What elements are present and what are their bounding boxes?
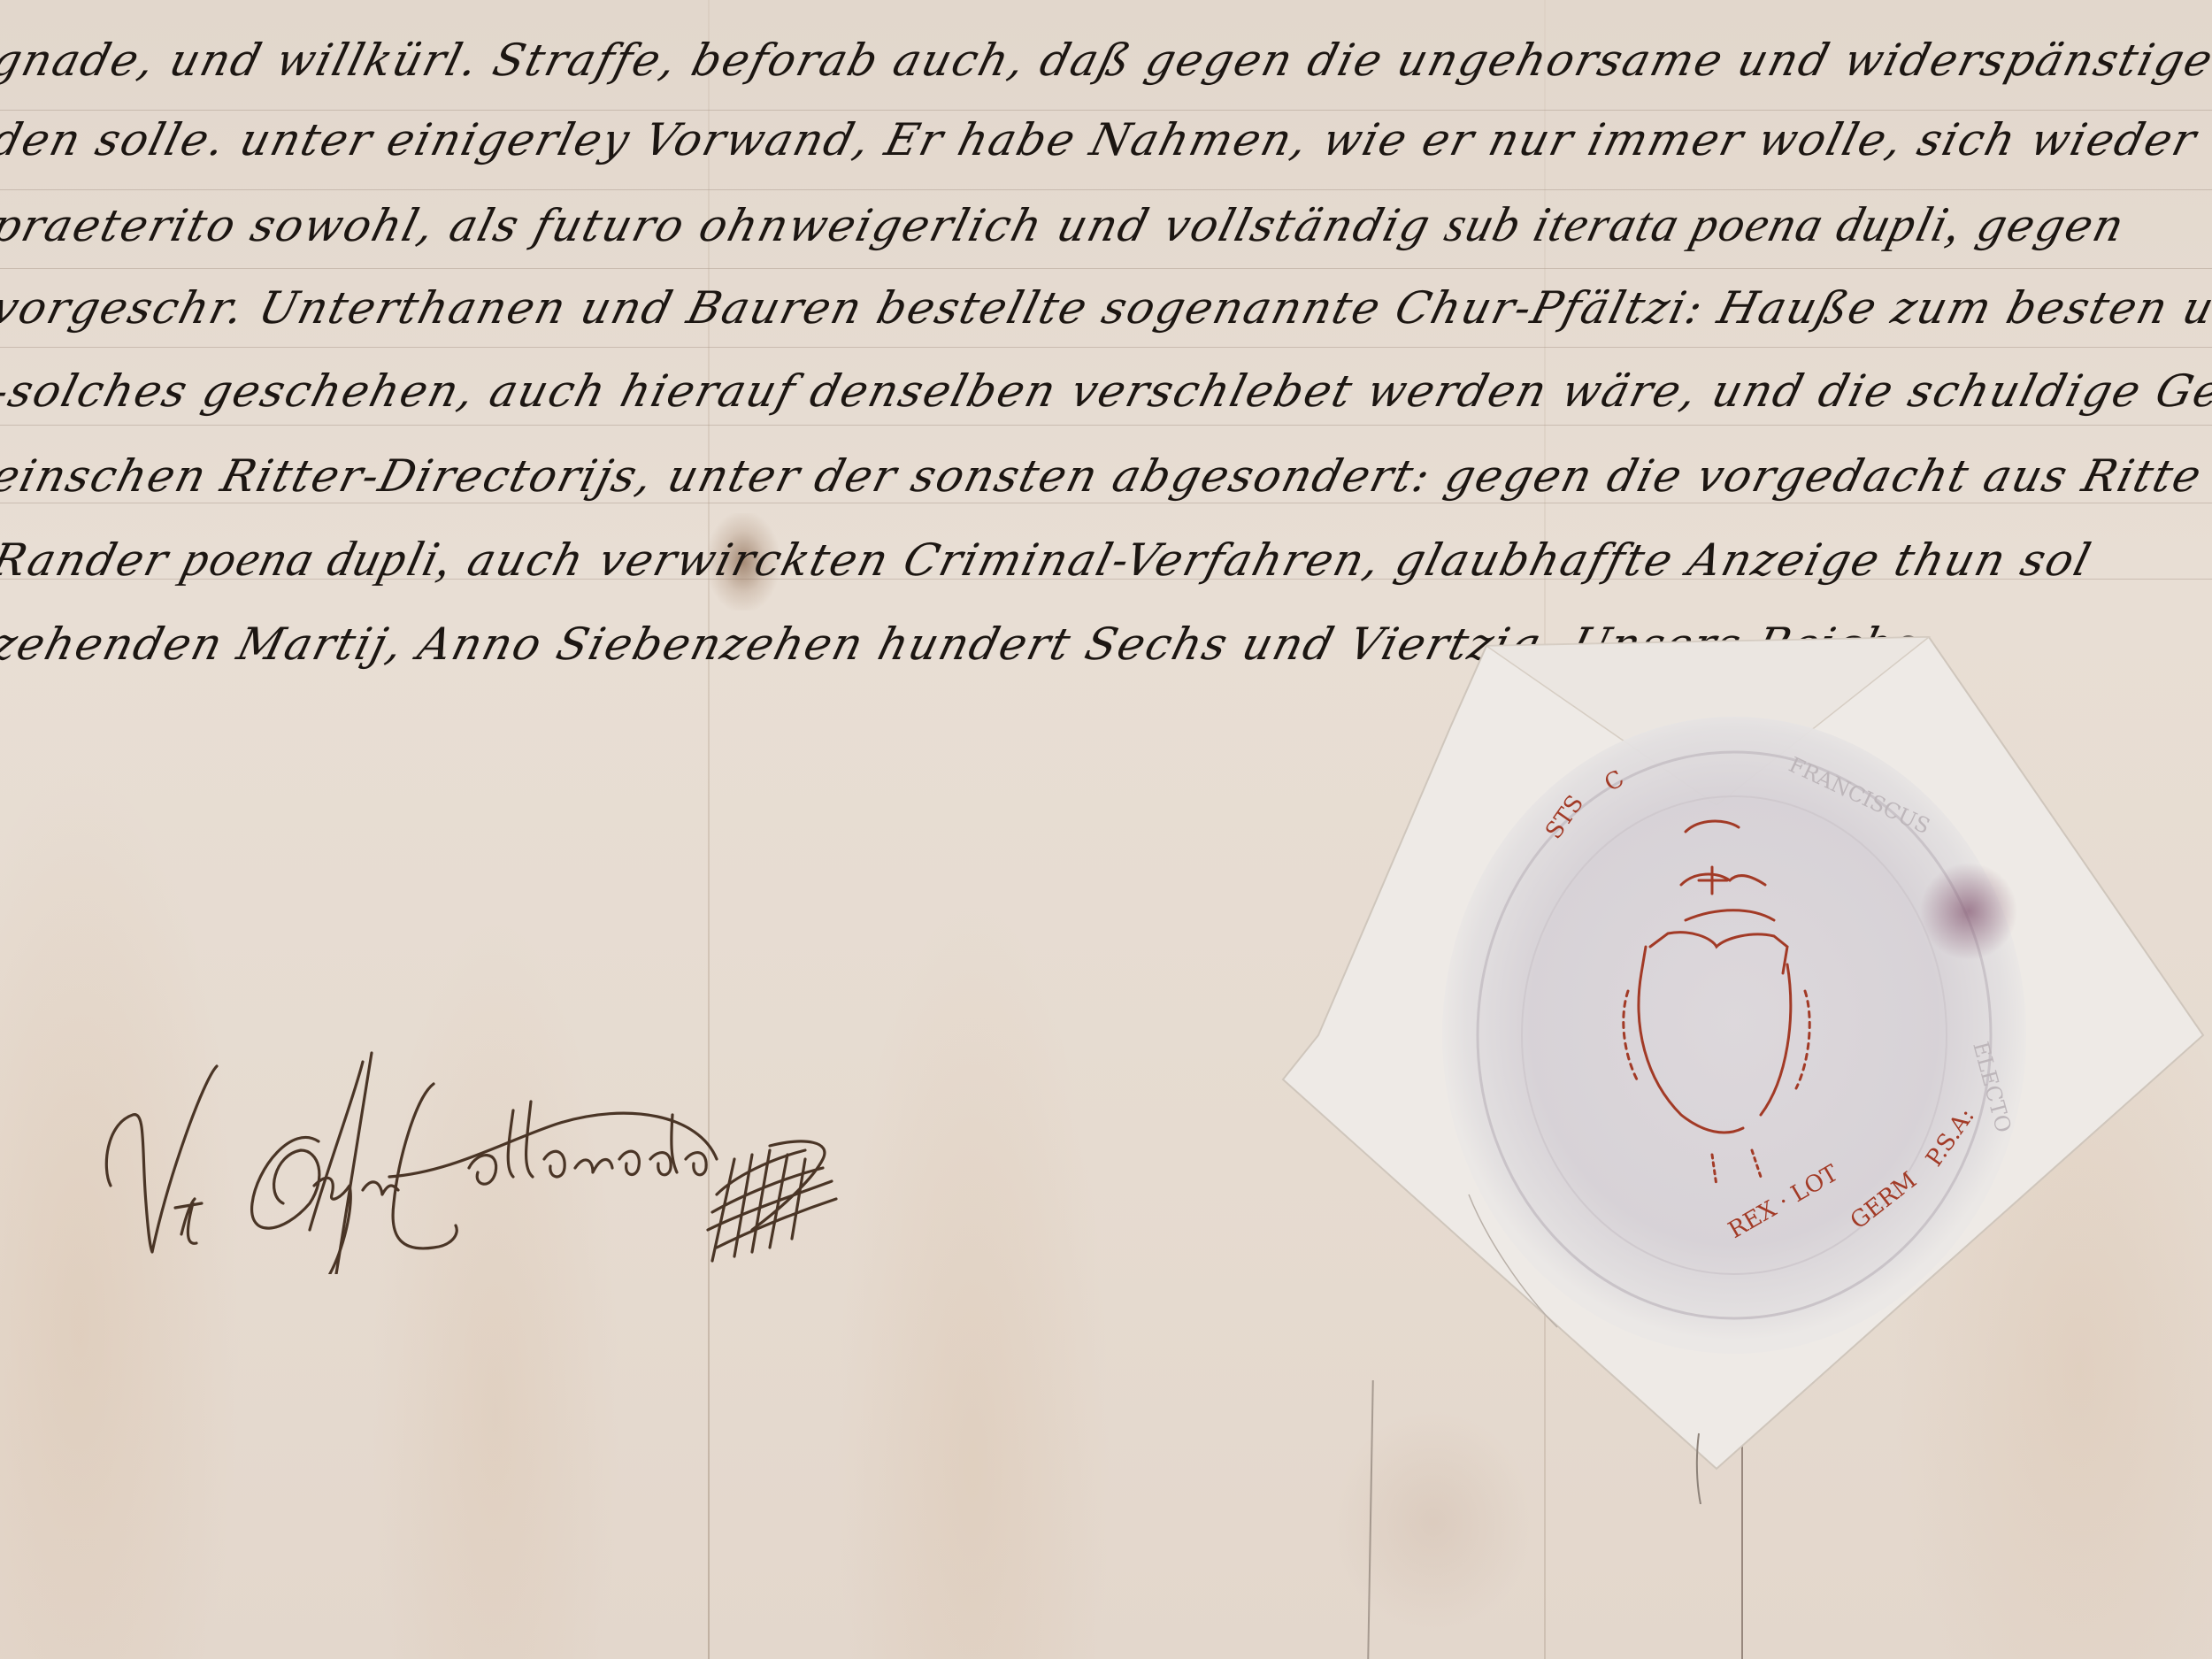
latin-phrase: poena dupli, bbox=[177, 532, 459, 587]
manuscript-line: den solle. unter einigerley Vorwand, Er … bbox=[0, 97, 2212, 182]
manuscript-line: Rander poena dupli, auch verwirckten Cri… bbox=[0, 517, 2212, 602]
seal-paper-icon: STS C REX · LOT GERM P.S.A: FRANCISCUS E… bbox=[1186, 619, 2212, 1504]
manuscript-line: -solches geschehen, auch hierauf denselb… bbox=[0, 349, 2212, 434]
manuscript-line: gnade, und willkürl. Straffe, beforab au… bbox=[0, 18, 2212, 103]
wafer-seal: STS C REX · LOT GERM P.S.A: FRANCISCUS E… bbox=[1186, 619, 2212, 1504]
signature: Vt Graf Colloredo bbox=[97, 1026, 947, 1274]
manuscript-body: gnade, und willkürl. Straffe, beforab au… bbox=[0, 18, 2212, 697]
manuscript-line: einschen Ritter-Directorijs, unter der s… bbox=[0, 434, 2212, 518]
manuscript-line: praeterito sowohl, als futuro ohnweigerl… bbox=[0, 182, 2212, 267]
latin-phrase: sub iterata poena dupli, bbox=[1440, 197, 1970, 252]
signature-text: Vt Graf Colloredo bbox=[106, 1097, 881, 1219]
manuscript-line: vorgeschr. Unterthanen und Bauren bestel… bbox=[0, 265, 2212, 350]
